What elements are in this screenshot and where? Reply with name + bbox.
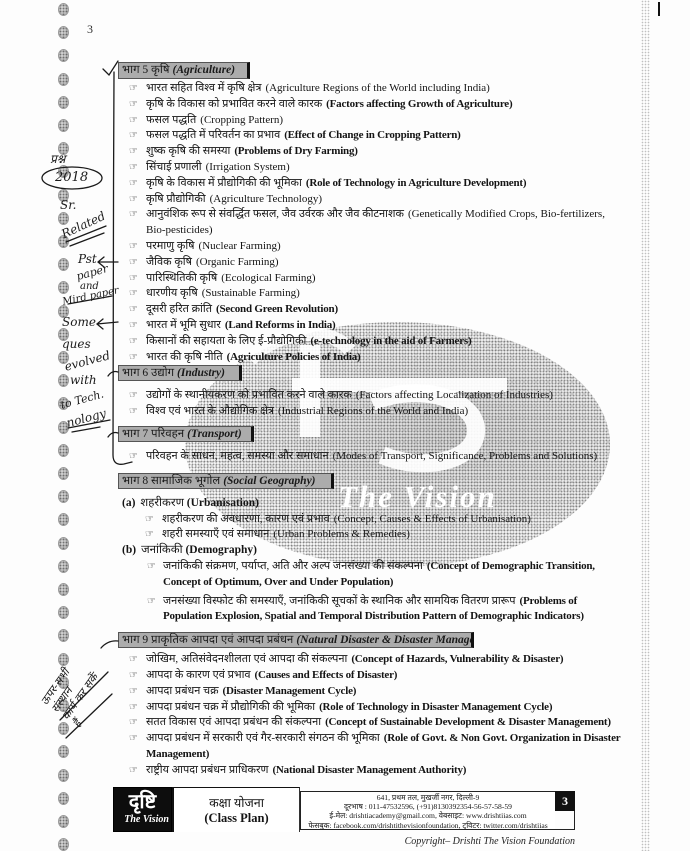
list-item: ☞जनसंख्या विस्फोट की समस्याएँ, जनांकिकी …: [118, 594, 678, 626]
topic-english: (Effect of Change in Cropping Pattern): [284, 129, 460, 141]
topic-hindi: भारत सहित विश्व में कृषि क्षेत्र: [146, 82, 261, 94]
topic-hindi: शुष्क कृषि की समस्या: [146, 145, 230, 157]
pointing-hand-icon: ☞: [129, 302, 138, 318]
pointing-hand-icon: ☞: [129, 715, 138, 731]
topic-hindi: परिवहन के साधन, महत्व, समस्या और समाधान: [146, 450, 329, 462]
pointing-hand-icon: ☞: [129, 271, 138, 287]
note-pst: Pst: [78, 252, 97, 266]
pointing-hand-icon: ☞: [129, 192, 138, 208]
email-website: ई-मेल: drishtiacademy@gmail.com, वेबसाइट…: [301, 811, 555, 820]
binding-hole: [58, 792, 69, 805]
contact-info: 641, प्रथम तल, मुखर्जी नगर, दिल्ली-9 दूर…: [300, 791, 555, 830]
binding-hole: [58, 513, 69, 526]
section-title-hindi: भाग 7 परिवहन: [122, 428, 184, 440]
topic-english-continued: Population Explosion, Spatial and Tempor…: [163, 609, 678, 625]
section-7: भाग 7 परिवहन(Transport) ☞परिवहन के साधन,…: [118, 426, 678, 465]
pointing-hand-icon: ☞: [129, 763, 138, 779]
topic-english: (Agriculture Technology): [210, 193, 322, 205]
topic-hindi: पारिस्थितिकी कृषि: [146, 272, 217, 284]
topic-hindi: धारणीय कृषि: [146, 287, 198, 299]
binding-hole: [58, 444, 69, 457]
logo-tagline: The Vision: [114, 814, 171, 826]
binding-hole: [58, 769, 69, 782]
list-item: ☞किसानों की सहायता के लिए ई-प्रौद्योगिकी…: [118, 334, 678, 350]
pointing-hand-icon: ☞: [145, 512, 154, 528]
list-item: ☞विश्व एवं भारत के औद्योगिक क्षेत्र(Indu…: [118, 404, 678, 420]
topic-english: (Concept of Demographic Transition,: [427, 560, 595, 572]
topic-hindi: फसल पद्धति में परिवर्तन का प्रभाव: [146, 129, 280, 141]
topic-english: (Role of Technology in Agriculture Devel…: [306, 177, 526, 189]
pointing-hand-icon: ☞: [129, 404, 138, 420]
pointing-hand-icon: ☞: [129, 388, 138, 404]
subsection-heading: (b)जनांकिकी (Demography): [118, 543, 678, 559]
subsection-title-english: (Demography): [185, 544, 257, 556]
topic-english: (Problems of: [519, 595, 577, 607]
list-item: ☞दूसरी हरित क्रांति(Second Green Revolut…: [118, 302, 678, 318]
topic-english-continued: Bio-pesticides): [146, 223, 678, 239]
section-header: भाग 7 परिवहन(Transport): [118, 426, 254, 442]
topic-english: (Agriculture Policies of India): [227, 351, 361, 363]
list-item: ☞कृषि के विकास को प्रभावित करने वाले कार…: [118, 97, 678, 113]
section-5: भाग 5 कृषि(Agriculture) ☞भारत सहित विश्व…: [118, 62, 678, 365]
binding-hole: [58, 722, 69, 735]
topic-hindi: आनुवंशिक रूप से संवर्द्धित फसल, जैव उर्व…: [146, 208, 404, 220]
section-header: भाग 6 उद्योग(Industry): [118, 365, 242, 381]
topic-hindi: जनसंख्या विस्फोट की समस्याएँ, जनांकिकी स…: [163, 595, 515, 607]
pointing-hand-icon: ☞: [129, 668, 138, 684]
list-item: ☞शुष्क कृषि की समस्या(Problems of Dry Fa…: [118, 144, 678, 160]
topic-hindi: आपदा के कारण एवं प्रभाव: [146, 669, 251, 681]
topic-hindi: भारत में भूमि सुधार: [146, 319, 221, 331]
topic-hindi: शहरी समस्याएँ एवं समाधान: [162, 528, 269, 540]
binding-hole: [58, 838, 69, 851]
pointing-hand-icon: ☞: [147, 594, 156, 610]
binding-hole: [58, 26, 69, 39]
note-prashn: प्रश्न: [50, 150, 65, 167]
list-item: ☞जनांकिकी संक्रमण, पर्याप्त, अति और अल्प…: [118, 559, 678, 591]
topic-list: ☞उद्योगों के स्थानीयकरण को प्रभावित करने…: [118, 388, 678, 420]
binding-hole: [58, 374, 69, 387]
section-title-hindi: भाग 9 प्राकृतिक आपदा एवं आपदा प्रबंधन: [122, 634, 293, 646]
list-item: ☞शहरी समस्याएँ एवं समाधान(Urban Problems…: [118, 527, 678, 543]
list-item: ☞कृषि के विकास में प्रौद्योगिकी की भूमिक…: [118, 176, 678, 192]
binding-hole: [58, 119, 69, 132]
topic-english: (Land Reforms in India): [225, 319, 336, 331]
subsections: (a)शहरीकरण (Urbanisation) ☞शहरीकरण की अव…: [118, 496, 678, 625]
list-item: ☞आपदा प्रबंधन चक्र में प्रौद्योगिकी की भ…: [118, 700, 678, 716]
page-number: 3: [555, 791, 575, 811]
binding-hole: [58, 73, 69, 86]
topic-english: (Concept of Hazards, Vulnerability & Dis…: [351, 653, 563, 665]
list-item: ☞जैविक कृषि(Organic Farming): [118, 255, 678, 271]
binding-hole: [58, 629, 69, 642]
section-title-english: (Natural Disaster & Disaster Management): [296, 634, 474, 646]
pointing-hand-icon: ☞: [129, 700, 138, 716]
topic-english: (Cropping Pattern): [200, 114, 283, 126]
topic-english: (Organic Farming): [196, 256, 279, 268]
binding-hole: [58, 490, 69, 503]
pointing-hand-icon: ☞: [129, 684, 138, 700]
pointing-hand-icon: ☞: [129, 128, 138, 144]
pointing-hand-icon: ☞: [129, 334, 138, 350]
topic-english: (Agriculture Regions of the World includ…: [265, 82, 489, 94]
list-item: ☞भारत की कृषि नीति(Agriculture Policies …: [118, 350, 678, 366]
binding-hole: [58, 537, 69, 550]
note-ques: ques: [62, 337, 91, 351]
topic-hindi: शहरीकरण की अवधारणा, कारण एवं प्रभाव: [162, 513, 330, 525]
topic-english: (Ecological Farming): [221, 272, 315, 284]
subsection-title-hindi: जनांकिकी: [141, 544, 183, 556]
topic-english: (National Disaster Management Authority): [272, 764, 466, 776]
topic-english: (Problems of Dry Farming): [234, 145, 357, 157]
class-plan-hindi: कक्षा योजना: [174, 796, 299, 811]
subsection-urbanisation: (a)शहरीकरण (Urbanisation) ☞शहरीकरण की अव…: [118, 496, 678, 543]
subsection-title-hindi: शहरीकरण: [140, 497, 183, 509]
subsection-marker: (b): [122, 544, 136, 556]
topic-hindi: सतत विकास एवं आपदा प्रबंधन की संकल्पना: [146, 716, 321, 728]
section-title-english: (Transport): [187, 428, 242, 440]
pointing-hand-icon: ☞: [129, 286, 138, 302]
pointing-hand-icon: ☞: [129, 144, 138, 160]
topic-english: (Concept of Sustainable Development & Di…: [325, 716, 611, 728]
footer-border: [555, 811, 575, 830]
list-item: ☞धारणीय कृषि(Sustainable Farming): [118, 286, 678, 302]
topic-english: (Causes and Effects of Disaster): [255, 669, 398, 681]
note-bottom-left: ऊपर-सभी संस्थान कार्य कर सकें हैं: [38, 656, 111, 730]
section-title-english: (Social Geography): [223, 475, 315, 487]
topic-english: (Nuclear Farming): [199, 240, 281, 252]
topic-hindi: दूसरी हरित क्रांति: [146, 303, 212, 315]
topic-english: (Modes of Transport, Significance, Probl…: [333, 450, 598, 462]
list-item: ☞आपदा के कारण एवं प्रभाव(Causes and Effe…: [118, 668, 678, 684]
list-item: ☞परमाणु कृषि(Nuclear Farming): [118, 239, 678, 255]
pointing-hand-icon: ☞: [129, 239, 138, 255]
topic-hindi: विश्व एवं भारत के औद्योगिक क्षेत्र: [146, 405, 274, 417]
section-title-hindi: भाग 6 उद्योग: [122, 367, 174, 379]
binding-hole: [58, 467, 69, 480]
list-item: ☞आनुवंशिक रूप से संवर्द्धित फसल, जैव उर्…: [118, 207, 678, 239]
section-9: भाग 9 प्राकृतिक आपदा एवं आपदा प्रबंधन(Na…: [118, 632, 678, 778]
pointing-hand-icon: ☞: [129, 97, 138, 113]
topic-hindi: आपदा प्रबंधन चक्र में प्रौद्योगिकी की भू…: [146, 701, 315, 713]
address: 641, प्रथम तल, मुखर्जी नगर, दिल्ली-9: [301, 793, 555, 802]
topic-hindi: जोखिम, अतिसंवेदनशीलता एवं आपदा की संकल्प…: [146, 653, 347, 665]
topic-hindi: जनांकिकी संक्रमण, पर्याप्त, अति और अल्प …: [163, 560, 423, 572]
pointing-hand-icon: ☞: [129, 318, 138, 334]
topic-english: (Industrial Regions of the World and Ind…: [278, 405, 468, 417]
pointing-hand-icon: ☞: [129, 113, 138, 129]
topic-english: (Genetically Modified Crops, Bio-fertili…: [408, 208, 605, 220]
list-item: ☞आपदा प्रबंधन चक्र(Disaster Management C…: [118, 684, 678, 700]
section-header: भाग 8 सामाजिक भूगोल(Social Geography): [118, 473, 334, 489]
note-with: with: [70, 373, 97, 387]
topic-hindi: परमाणु कृषि: [146, 240, 195, 252]
pointing-hand-icon: ☞: [129, 652, 138, 668]
topic-english: (Irrigation System): [206, 161, 290, 173]
binding-hole: [58, 49, 69, 62]
class-plan-english: (Class Plan): [174, 811, 299, 826]
class-plan-label: कक्षा योजना (Class Plan): [172, 787, 300, 832]
topic-hindi: उद्योगों के स्थानीयकरण को प्रभावित करने …: [146, 389, 352, 401]
topic-list: ☞भारत सहित विश्व में कृषि क्षेत्र(Agricu…: [118, 81, 678, 365]
binding-hole: [58, 212, 69, 225]
list-item: ☞पारिस्थितिकी कृषि(Ecological Farming): [118, 271, 678, 287]
binding-hole: [58, 606, 69, 619]
note-evolved: evolved: [63, 348, 112, 374]
subsection-heading: (a)शहरीकरण (Urbanisation): [118, 496, 678, 512]
list-item: ☞फसल पद्धति में परिवर्तन का प्रभाव(Effec…: [118, 128, 678, 144]
list-item: ☞आपदा प्रबंधन में सरकारी एवं गैर-सरकारी …: [118, 731, 678, 763]
topic-hindi: कृषि के विकास को प्रभावित करने वाले कारक: [146, 98, 322, 110]
pointing-hand-icon: ☞: [147, 559, 156, 575]
topic-english: (Urban Problems & Remedies): [273, 528, 410, 540]
topic-list: ☞जनांकिकी संक्रमण, पर्याप्त, अति और अल्प…: [118, 559, 678, 625]
section-8: भाग 8 सामाजिक भूगोल(Social Geography) (a…: [118, 473, 678, 625]
topic-hindi: आपदा प्रबंधन चक्र: [146, 685, 219, 697]
topic-hindi: कृषि प्रौद्योगिकी: [146, 193, 206, 205]
note-nology: nology: [65, 406, 108, 430]
topic-english: (Role of Govt. & Non Govt. Organization …: [384, 732, 621, 744]
section-header: भाग 5 कृषि(Agriculture): [118, 62, 250, 79]
topic-hindi: किसानों की सहायता के लिए ई-प्रौद्योगिकी: [146, 335, 306, 347]
list-item: ☞कृषि प्रौद्योगिकी(Agriculture Technolog…: [118, 192, 678, 208]
binding-hole: [58, 745, 69, 758]
drishti-logo: दृष्टि The Vision: [113, 787, 172, 832]
topic-english: (Factors affecting Growth of Agriculture…: [326, 98, 512, 110]
pointing-hand-icon: ☞: [129, 207, 138, 223]
pointing-hand-icon: ☞: [129, 731, 138, 747]
topic-hindi: फसल पद्धति: [146, 114, 196, 126]
arrow-icon: [97, 319, 118, 329]
binding-hole: [58, 3, 69, 16]
list-item: ☞शहरीकरण की अवधारणा, कारण एवं प्रभाव(Con…: [118, 512, 678, 528]
pointing-hand-icon: ☞: [129, 350, 138, 366]
subsection-marker: (a): [122, 497, 135, 509]
binding-hole: [58, 96, 69, 109]
edge-mark: [658, 2, 660, 16]
topic-english: (Role of Technology in Disaster Manageme…: [319, 701, 552, 713]
binding-hole: [58, 560, 69, 573]
topic-list: ☞परिवहन के साधन, महत्व, समस्या और समाधान…: [118, 449, 678, 465]
section-title-hindi: भाग 8 सामाजिक भूगोल: [122, 475, 220, 487]
topic-english: (e-technology in the aid of Farmers): [310, 335, 471, 347]
pointing-hand-icon: ☞: [129, 81, 138, 97]
pointing-hand-icon: ☞: [145, 527, 154, 543]
topic-hindi: सिंचाई प्रणाली: [146, 161, 202, 173]
topic-english-continued: Concept of Optimum, Over and Under Popul…: [163, 575, 678, 591]
binding-hole: [58, 281, 69, 294]
section-title-english: (Agriculture): [173, 64, 236, 76]
note-year: 2018: [55, 170, 88, 185]
topic-hindi: आपदा प्रबंधन में सरकारी एवं गैर-सरकारी स…: [146, 732, 380, 744]
topic-list: ☞शहरीकरण की अवधारणा, कारण एवं प्रभाव(Con…: [118, 512, 678, 544]
note-sr: Sr.: [60, 198, 76, 212]
list-item: ☞राष्ट्रीय आपदा प्रबंधन प्राधिकरण(Nation…: [118, 763, 678, 779]
list-item: ☞जोखिम, अतिसंवेदनशीलता एवं आपदा की संकल्…: [118, 652, 678, 668]
pointing-hand-icon: ☞: [129, 160, 138, 176]
phone: दूरभाष : 011-47532596, (+91)8130392354-5…: [301, 802, 555, 811]
list-item: ☞भारत सहित विश्व में कृषि क्षेत्र(Agricu…: [118, 81, 678, 97]
section-6: भाग 6 उद्योग(Industry) ☞उद्योगों के स्था…: [118, 365, 678, 420]
pointing-hand-icon: ☞: [129, 449, 138, 465]
page-number-top: 3: [87, 22, 93, 37]
topic-english: (Disaster Management Cycle): [223, 685, 357, 697]
pointing-hand-icon: ☞: [129, 255, 138, 271]
copyright: Copyright– Drishti The Vision Foundation: [405, 836, 575, 847]
logo-brand: दृष्टि: [114, 790, 171, 814]
topic-list: ☞जोखिम, अतिसंवेदनशीलता एवं आपदा की संकल्…: [118, 652, 678, 778]
subsection-demography: (b)जनांकिकी (Demography) ☞जनांकिकी संक्र…: [118, 543, 678, 625]
topic-hindi: कृषि के विकास में प्रौद्योगिकी की भूमिका: [146, 177, 302, 189]
topic-hindi: राष्ट्रीय आपदा प्रबंधन प्राधिकरण: [146, 764, 268, 776]
topic-english: (Factors affecting Localization of Indus…: [356, 389, 553, 401]
binding-hole: [58, 815, 69, 828]
list-item: ☞सिंचाई प्रणाली(Irrigation System): [118, 160, 678, 176]
topic-english: (Second Green Revolution): [216, 303, 338, 315]
subsection-title-english: (Urbanisation): [187, 497, 259, 509]
topic-english: (Sustainable Farming): [202, 287, 300, 299]
note-some: Some: [62, 315, 96, 329]
section-title-english: (Industry): [177, 367, 225, 379]
topic-english-continued: Management): [146, 747, 678, 763]
syllabus-content: भाग 5 कृषि(Agriculture) ☞भारत सहित विश्व…: [118, 62, 678, 778]
pointing-hand-icon: ☞: [129, 176, 138, 192]
topic-english: (Concept, Causes & Effects of Urbanisati…: [334, 513, 531, 525]
binding-hole: [58, 258, 69, 271]
topic-hindi: जैविक कृषि: [146, 256, 192, 268]
list-item: ☞परिवहन के साधन, महत्व, समस्या और समाधान…: [118, 449, 678, 465]
section-title-hindi: भाग 5 कृषि: [122, 64, 170, 76]
social-links: फेसबुक: facebook.com/drishtithevisionfou…: [301, 821, 555, 830]
section-header: भाग 9 प्राकृतिक आपदा एवं आपदा प्रबंधन(Na…: [118, 632, 474, 648]
binding-hole: [58, 583, 69, 596]
topic-hindi: भारत की कृषि नीति: [146, 351, 223, 363]
list-item: ☞भारत में भूमि सुधार(Land Reforms in Ind…: [118, 318, 678, 334]
list-item: ☞उद्योगों के स्थानीयकरण को प्रभावित करने…: [118, 388, 678, 404]
checkmark-icon: [103, 61, 118, 75]
list-item: ☞सतत विकास एवं आपदा प्रबंधन की संकल्पना(…: [118, 715, 678, 731]
list-item: ☞फसल पद्धति(Cropping Pattern): [118, 113, 678, 129]
